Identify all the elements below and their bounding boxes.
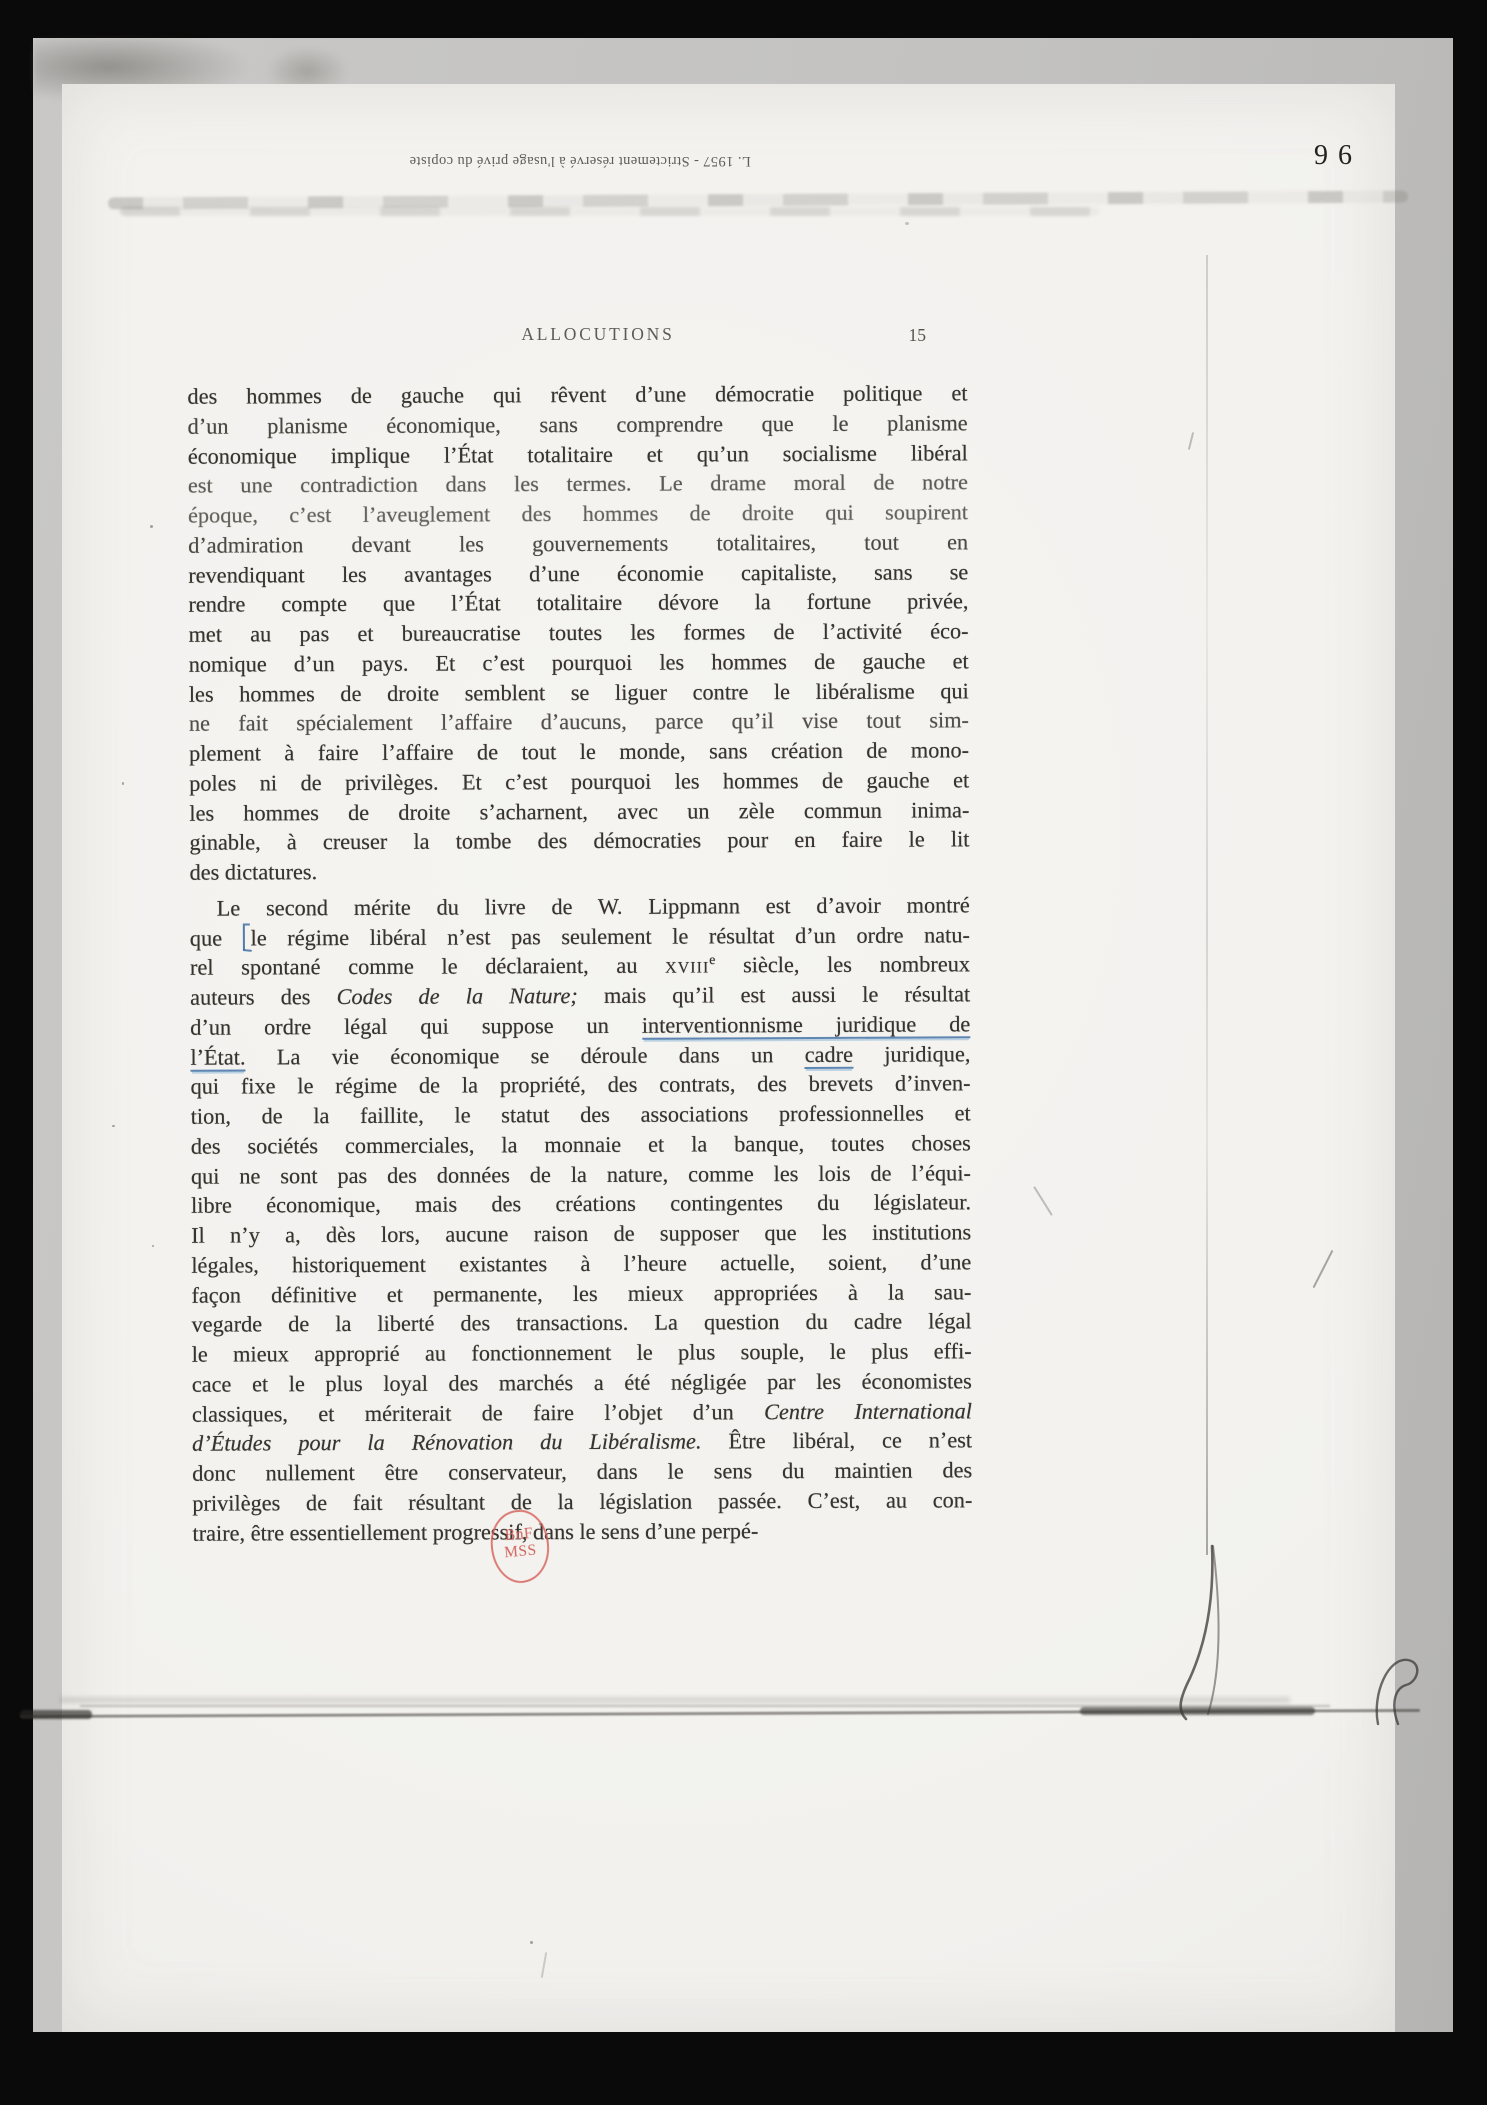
text-line: Il n’y a, dès lors, aucune raison de sup… — [191, 1217, 971, 1250]
scan-artifact-corner-curl — [1150, 1542, 1240, 1727]
text-line: d’un ordre légal qui suppose un interven… — [190, 1009, 970, 1042]
text-segment: ginable, à creuser la tombe des démocrat… — [189, 827, 969, 855]
stamp-line-2: MSS — [493, 1541, 548, 1563]
text-segment: Il n’y a, dès lors, aucune raison de sup… — [191, 1219, 971, 1247]
text-segment: met au pas et bureaucratise toutes les f… — [189, 618, 969, 646]
text-segment: est une contradiction dans les termes. L… — [188, 470, 968, 498]
text-line: époque, c’est l’aveuglement des hommes d… — [188, 497, 968, 530]
text-segment: plement à faire l’affaire de tout le mon… — [189, 737, 969, 765]
blue-underlined-text: l’État. — [190, 1044, 245, 1072]
text-segment: qui ne sont pas des données de la nature… — [191, 1160, 971, 1188]
paper-speck — [150, 525, 153, 528]
header-title: ALLOCUTIONS — [521, 324, 674, 345]
text-line: économique implique l’État totalitaire e… — [188, 438, 968, 471]
text-segment: époque, c’est l’aveuglement des hommes d… — [188, 499, 968, 527]
text-segment: donc nullement être conservateur, dans l… — [192, 1457, 972, 1485]
body-text: des hommes de gauche qui rêvent d’une dé… — [187, 378, 972, 1548]
text-line: est une contradiction dans les termes. L… — [188, 468, 968, 501]
text-segment: auteurs des — [190, 984, 337, 1010]
text-segment: tion, de la faillite, le statut des asso… — [191, 1100, 971, 1128]
folio-number: 96 — [1314, 140, 1362, 172]
text-line: met au pas et bureaucratise toutes les f… — [188, 616, 968, 649]
text-segment: économique implique l’État totalitaire e… — [188, 440, 968, 468]
text-segment: légales, historiquement existantes à l’h… — [191, 1249, 971, 1277]
text-segment: nomique d’un pays. Et c’est pourquoi les… — [189, 648, 969, 676]
text-line: légales, historiquement existantes à l’h… — [191, 1247, 971, 1280]
text-line: façon définitive et permanente, les mieu… — [191, 1277, 971, 1310]
scanned-page: L. 1957 - Strictement réservé à l'usage … — [0, 0, 1487, 2105]
text-segment: juridique, — [853, 1041, 971, 1067]
text-line: traire, être essentiellement progressif,… — [192, 1515, 972, 1548]
text-segment: cace et le plus loyal des marchés a été … — [192, 1368, 972, 1396]
text-segment: Codes de la Nature; — [337, 983, 578, 1009]
text-segment: Le second mérite du livre de W. Lippmann… — [217, 892, 970, 920]
text-segment: façon définitive et permanente, les mieu… — [191, 1279, 971, 1307]
text-line: qui fixe le régime de la propriété, des … — [190, 1069, 970, 1102]
text-line: que le régime libéral n’est pas seulemen… — [190, 920, 970, 953]
header-page-number: 15 — [909, 325, 927, 346]
paper-speck — [530, 1941, 533, 1944]
text-line: auteurs des Codes de la Nature; mais qu’… — [190, 979, 970, 1012]
book-page: L. 1957 - Strictement réservé à l'usage … — [62, 84, 1395, 2032]
text-segment: rel spontané comme le déclaraient, au — [190, 953, 665, 980]
copyright-stamp-reversed: L. 1957 - Strictement réservé à l'usage … — [380, 152, 780, 169]
blue-bracket-mark — [243, 923, 250, 950]
blue-underlined-text: cadre — [805, 1041, 853, 1069]
text-segment: des hommes de gauche qui rêvent d’une dé… — [187, 380, 967, 408]
text-segment: ne fait spécialement l’affaire d’aucuns,… — [189, 708, 969, 736]
text-segment: des dictatures. — [190, 859, 318, 885]
text-segment: xviii — [665, 953, 709, 978]
text-segment: Être libéral, ce n’est — [701, 1428, 972, 1454]
text-line: des sociétés commerciales, la monnaie et… — [191, 1128, 971, 1161]
scan-artifact-bottom-fuzz — [60, 1697, 1290, 1703]
running-header: ALLOCUTIONS 15 — [190, 324, 970, 354]
text-segment: le mieux approprié au fonctionnement le … — [192, 1338, 972, 1366]
text-segment: qui fixe le régime de la propriété, des … — [190, 1071, 970, 1099]
text-segment: poles ni de privilèges. Et c’est pourquo… — [189, 767, 969, 795]
paper-speck — [905, 222, 909, 225]
text-line: nomique d’un pays. Et c’est pourquoi les… — [189, 646, 969, 679]
text-segment: revendiquant les avantages d’une économi… — [188, 559, 968, 587]
text-segment: d’Études pour la Rénovation du Libéralis… — [192, 1429, 702, 1456]
text-segment: d’un ordre légal qui suppose un — [190, 1012, 642, 1039]
paragraph: Le second mérite du livre de W. Lippmann… — [190, 890, 973, 1548]
text-line: vegarde de la liberté des transactions. … — [192, 1307, 972, 1340]
text-line: poles ni de privilèges. Et c’est pourquo… — [189, 765, 969, 798]
text-line: d’admiration devant les gouvernements to… — [188, 527, 968, 560]
text-line: rendre compte que l’État totalitaire dév… — [188, 587, 968, 620]
text-segment: La vie économique se déroule dans un — [245, 1042, 804, 1069]
text-line: ne fait spécialement l’affaire d’aucuns,… — [189, 706, 969, 739]
text-segment: des sociétés commerciales, la monnaie et… — [191, 1130, 971, 1158]
text-line: le mieux approprié au fonctionnement le … — [192, 1336, 972, 1369]
text-line: qui ne sont pas des données de la nature… — [191, 1158, 971, 1191]
text-line: Le second mérite du livre de W. Lippmann… — [190, 890, 970, 923]
text-segment: siècle, les nombreux — [715, 952, 970, 978]
text-line: plement à faire l’affaire de tout le mon… — [189, 735, 969, 768]
text-segment: privilèges de fait résultant de la légis… — [192, 1487, 972, 1515]
text-segment: mais qu’il est aussi le résultat — [578, 981, 970, 1008]
text-segment: d’admiration devant les gouvernements to… — [188, 529, 968, 557]
text-line: classiques, et mériterait de faire l’obj… — [192, 1396, 972, 1429]
text-line: cace et le plus loyal des marchés a été … — [192, 1366, 972, 1399]
text-segment: que — [190, 925, 243, 950]
text-segment: d’un planisme économique, sans comprendr… — [188, 410, 968, 438]
text-segment: rendre compte que l’État totalitaire dév… — [188, 589, 968, 617]
text-line: rel spontané comme le déclaraient, au xv… — [190, 950, 970, 983]
text-segment: classiques, et mériterait de faire l’obj… — [192, 1399, 764, 1426]
scan-artifact-end-squiggle — [1368, 1652, 1426, 1730]
blue-underlined-text: interventionnisme juridique de — [642, 1011, 971, 1040]
text-segment: libre économique, mais des créations con… — [191, 1190, 971, 1218]
text-line: libre économique, mais des créations con… — [191, 1188, 971, 1221]
text-line: d’un planisme économique, sans comprendr… — [188, 408, 968, 441]
text-segment: traire, être essentiellement progressif,… — [192, 1518, 758, 1545]
paper-speck — [122, 782, 124, 785]
scan-artifact-page-edge-line — [1206, 255, 1208, 1555]
text-segment: le régime libéral n’est pas seulement le… — [251, 922, 970, 950]
text-line: l’État. La vie économique se déroule dan… — [190, 1039, 970, 1072]
text-segment: les hommes de droite semblent se liguer … — [189, 678, 969, 706]
text-line: les hommes de droite s’acharnent, avec u… — [189, 795, 969, 828]
text-line: tion, de la faillite, le statut des asso… — [191, 1098, 971, 1131]
paper-speck — [152, 1245, 154, 1247]
text-line: privilèges de fait résultant de la légis… — [192, 1485, 972, 1518]
text-segment: vegarde de la liberté des transactions. … — [192, 1309, 972, 1337]
text-segment: Centre International — [764, 1398, 972, 1424]
text-line: des hommes de gauche qui rêvent d’une dé… — [187, 378, 967, 411]
text-segment: les hommes de droite s’acharnent, avec u… — [189, 797, 969, 825]
text-line: des dictatures. — [190, 854, 970, 887]
paragraph: des hommes de gauche qui rêvent d’une dé… — [187, 378, 969, 887]
paper-speck — [112, 1125, 115, 1127]
text-line: donc nullement être conservateur, dans l… — [192, 1455, 972, 1488]
scan-artifact-bottom-left-blob — [20, 1710, 92, 1719]
text-line: d’Études pour la Rénovation du Libéralis… — [192, 1426, 972, 1459]
scan-artifact-top-smudge-2 — [120, 207, 1100, 216]
text-line: ginable, à creuser la tombe des démocrat… — [189, 825, 969, 858]
text-line: revendiquant les avantages d’une économi… — [188, 557, 968, 590]
text-line: les hommes de droite semblent se liguer … — [189, 676, 969, 709]
